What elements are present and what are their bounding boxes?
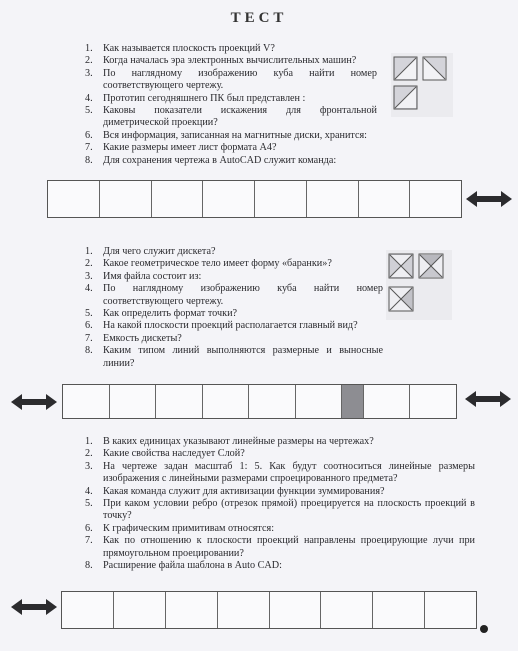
question-text: Вся информация, записанная на магнитные … xyxy=(103,130,367,141)
question-number: 3. xyxy=(85,461,93,473)
question-text: При каком условии ребро (отрезок прямой)… xyxy=(103,498,475,521)
question-item: 1.В каких единицах указывают линейные ра… xyxy=(85,436,475,448)
answer-cell[interactable] xyxy=(48,181,100,217)
question-text: Как называется плоскость проекций V? xyxy=(103,43,275,54)
question-number: 6. xyxy=(85,320,93,332)
shaded-cell xyxy=(342,385,364,418)
question-text: Как по отношению к плоскости проекций на… xyxy=(103,535,475,558)
question-text: Когда началась эра электронных вычислите… xyxy=(103,55,356,66)
question-number: 7. xyxy=(85,142,93,154)
answer-cell[interactable] xyxy=(203,181,255,217)
question-text: В каких единицах указывают линейные разм… xyxy=(103,436,374,447)
answer-cell[interactable] xyxy=(218,592,270,628)
question-item: 6.К графическим примитивам относятся: xyxy=(85,523,475,535)
answer-cell[interactable] xyxy=(255,181,307,217)
question-number: 8. xyxy=(85,345,93,357)
question-item: 4.Какая команда служит для активизации ф… xyxy=(85,486,475,498)
question-text: Какая команда служит для активизации фун… xyxy=(103,486,385,497)
answer-cell[interactable] xyxy=(249,385,296,418)
question-text: На какой плоскости проекций располагаетс… xyxy=(103,320,358,331)
question-text: По наглядному изображению куба найти ном… xyxy=(103,68,377,91)
double-arrow-icon xyxy=(466,190,512,208)
question-number: 4. xyxy=(85,486,93,498)
answer-grid-3 xyxy=(61,591,477,629)
question-item: 8.Каким типом линий выполняются размерны… xyxy=(85,345,383,370)
answer-cell[interactable] xyxy=(62,592,114,628)
question-item: 7.Емкость дискеты? xyxy=(85,333,383,345)
answer-cell[interactable] xyxy=(100,181,152,217)
answer-cell[interactable] xyxy=(321,592,373,628)
question-number: 6. xyxy=(85,523,93,535)
question-number: 2. xyxy=(85,448,93,460)
question-text: Прототип сегодняшнего ПК был представлен… xyxy=(103,93,305,104)
question-number: 8. xyxy=(85,560,93,572)
question-item: 5.Как определить формат точки? xyxy=(85,308,383,320)
question-item: 6.Вся информация, записанная на магнитны… xyxy=(85,130,377,142)
question-item: 7.Какие размеры имеет лист формата А4? xyxy=(85,142,377,154)
answer-cell[interactable] xyxy=(110,385,157,418)
question-number: 4. xyxy=(85,93,93,105)
question-text: Какое геометрическое тело имеет форму «б… xyxy=(103,258,332,269)
question-item: 4.По наглядному изображению куба найти н… xyxy=(85,283,383,308)
question-number: 5. xyxy=(85,308,93,320)
question-text: К графическим примитивам относятся: xyxy=(103,523,274,534)
answer-cell[interactable] xyxy=(270,592,322,628)
question-text: Каким типом линий выполняются размерные … xyxy=(103,345,383,368)
question-text: На чертеже задан масштаб 1: 5. Как будут… xyxy=(103,461,475,484)
question-text: Какие размеры имеет лист формата А4? xyxy=(103,142,277,153)
question-number: 6. xyxy=(85,130,93,142)
double-arrow-icon xyxy=(465,390,511,408)
question-number: 1. xyxy=(85,43,93,55)
question-text: Как определить формат точки? xyxy=(103,308,237,319)
question-number: 1. xyxy=(85,436,93,448)
question-item: 4.Прототип сегодняшнего ПК был представл… xyxy=(85,93,377,105)
end-dot-marker xyxy=(480,625,488,633)
question-item: 3.Имя файла состоит из: xyxy=(85,271,383,283)
page-title: ТЕСТ xyxy=(0,10,518,27)
answer-cell[interactable] xyxy=(296,385,343,418)
double-arrow-icon xyxy=(11,598,57,616)
question-number: 2. xyxy=(85,55,93,67)
question-list-1: 1.Как называется плоскость проекций V?2.… xyxy=(85,43,377,167)
question-item: 8.Расширение файла шаблона в Auto CAD: xyxy=(85,560,475,572)
answer-cell[interactable] xyxy=(373,592,425,628)
cube-views-diagonal-icon xyxy=(391,53,453,117)
question-number: 5. xyxy=(85,105,93,117)
question-item: 6.На какой плоскости проекций располагае… xyxy=(85,320,383,332)
answer-cell[interactable] xyxy=(63,385,110,418)
question-number: 8. xyxy=(85,155,93,167)
question-text: Для сохранения чертежа в AutoCAD служит … xyxy=(103,155,336,166)
answer-cell[interactable] xyxy=(152,181,204,217)
question-item: 7.Как по отношению к плоскости проекций … xyxy=(85,535,475,560)
double-arrow-icon xyxy=(11,393,57,411)
answer-grid-2 xyxy=(62,384,457,419)
question-number: 5. xyxy=(85,498,93,510)
answer-cell[interactable] xyxy=(203,385,250,418)
question-text: По наглядному изображению куба найти ном… xyxy=(103,283,383,306)
question-list-2: 1.Для чего служит дискета?2. Какое геоме… xyxy=(85,246,383,370)
question-list-3: 1.В каких единицах указывают линейные ра… xyxy=(85,436,475,572)
question-item: 2.Какие свойства наследует Слой? xyxy=(85,448,475,460)
question-number: 3. xyxy=(85,271,93,283)
answer-cell[interactable] xyxy=(364,385,411,418)
question-text: Емкость дискеты? xyxy=(103,333,182,344)
question-item: 2. Когда началась эра электронных вычисл… xyxy=(85,55,377,67)
answer-cell[interactable] xyxy=(425,592,476,628)
question-text: Какие свойства наследует Слой? xyxy=(103,448,245,459)
answer-cell[interactable] xyxy=(156,385,203,418)
question-number: 7. xyxy=(85,333,93,345)
cube-views-cross-icon xyxy=(386,250,452,320)
question-text: Имя файла состоит из: xyxy=(103,271,201,282)
question-item: 1.Как называется плоскость проекций V? xyxy=(85,43,377,55)
question-item: 3.На чертеже задан масштаб 1: 5. Как буд… xyxy=(85,461,475,486)
question-item: 3.По наглядному изображению куба найти н… xyxy=(85,68,377,93)
question-text: Для чего служит дискета? xyxy=(103,246,216,257)
answer-cell[interactable] xyxy=(307,181,359,217)
question-number: 1. xyxy=(85,246,93,258)
answer-cell[interactable] xyxy=(410,181,461,217)
answer-cell[interactable] xyxy=(359,181,411,217)
answer-grid-1 xyxy=(47,180,462,218)
answer-cell[interactable] xyxy=(114,592,166,628)
question-number: 3. xyxy=(85,68,93,80)
question-text: Расширение файла шаблона в Auto CAD: xyxy=(103,560,282,571)
question-item: 8.Для сохранения чертежа в AutoCAD служи… xyxy=(85,155,377,167)
question-item: 1.Для чего служит дискета? xyxy=(85,246,383,258)
question-item: 2. Какое геометрическое тело имеет форму… xyxy=(85,258,383,270)
question-item: 5.При каком условии ребро (отрезок прямо… xyxy=(85,498,475,523)
question-number: 4. xyxy=(85,283,93,295)
question-number: 2. xyxy=(85,258,93,270)
question-number: 7. xyxy=(85,535,93,547)
answer-cell[interactable] xyxy=(410,385,456,418)
answer-cell[interactable] xyxy=(166,592,218,628)
question-text: Каковы показатели искажения для фронталь… xyxy=(103,105,377,128)
question-item: 5.Каковы показатели искажения для фронта… xyxy=(85,105,377,130)
